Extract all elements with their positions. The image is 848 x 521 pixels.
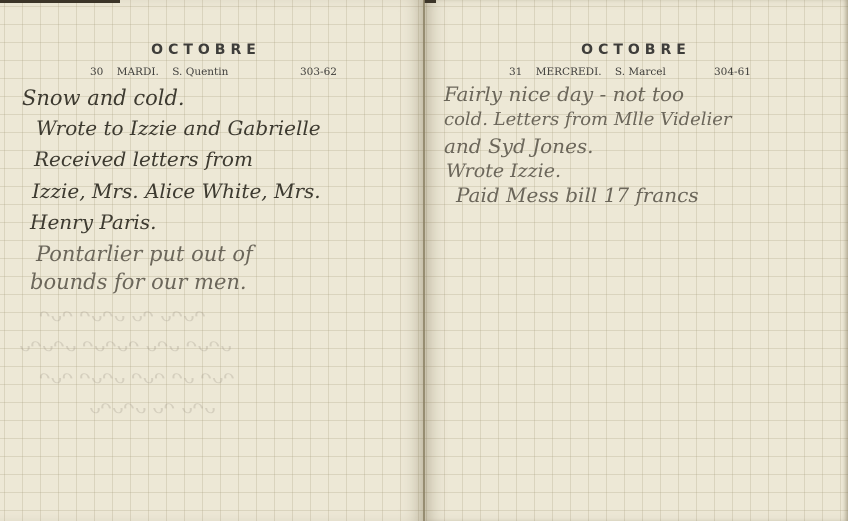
page-top-edge — [0, 0, 120, 3]
day-count: 303-62 — [300, 66, 337, 78]
month-heading: OCTOBRE — [0, 42, 418, 58]
page-top-edge — [424, 0, 436, 3]
day-count: 304-61 — [714, 66, 751, 78]
entry-line: Pontarlier put out of — [36, 240, 253, 268]
entry-line: Fairly nice day - not too — [444, 80, 684, 108]
entry-line: Snow and cold. — [22, 84, 185, 112]
day-number: 30 — [90, 66, 103, 78]
entry-line: Paid Mess bill 17 francs — [456, 181, 699, 209]
entry-line: Wrote to Izzie and Gabrielle — [36, 114, 321, 142]
right-page: OCTOBRE 31 MERCREDI. S. Marcel 304-61 Fa… — [424, 0, 848, 521]
entry-line: and Syd Jones. — [444, 132, 594, 160]
bleed-through-text: ᴖᴗᴖ ᴗᴖ ᴖᴗᴖ ᴗᴖᴗᴖ ᴖᴗᴖ — [40, 362, 236, 392]
bleed-through-text: ᴗᴖᴗᴖ ᴗᴖᴗ ᴖᴗᴖᴗᴖ ᴗᴖᴗᴖᴗ — [20, 330, 233, 360]
saint-name: S. Marcel — [615, 66, 666, 78]
date-line: 30 MARDI. S. Quentin 303-62 — [90, 66, 228, 78]
entry-line: cold. Letters from Mlle Videlier — [444, 106, 732, 134]
entry-line: bounds for our men. — [30, 268, 247, 296]
left-page: ᴖᴗᴖᴗ ᴖᴗ ᴗᴖᴗᴖ ᴖᴗᴖ ᴗᴖᴗᴖ ᴗᴖᴗ ᴖᴗᴖᴗᴖ ᴗᴖᴗᴖᴗ ᴖᴗ… — [0, 0, 424, 521]
bleed-through-text: ᴗᴖᴗ ᴖᴗ ᴗᴖᴗᴖᴗ — [90, 392, 216, 422]
month-heading: OCTOBRE — [424, 42, 848, 58]
entry-line: Received letters from — [34, 145, 253, 173]
day-number: 31 — [509, 66, 522, 78]
saint-name: S. Quentin — [172, 66, 228, 78]
diary-spread: ᴖᴗᴖᴗ ᴖᴗ ᴗᴖᴗᴖ ᴖᴗᴖ ᴗᴖᴗᴖ ᴗᴖᴗ ᴖᴗᴖᴗᴖ ᴗᴖᴗᴖᴗ ᴖᴗ… — [0, 0, 848, 521]
date-line: 31 MERCREDI. S. Marcel 304-61 — [509, 66, 666, 78]
book-spine — [423, 0, 425, 521]
entry-line: Izzie, Mrs. Alice White, Mrs. — [32, 177, 321, 205]
weekday: MERCREDI. — [536, 66, 602, 78]
entry-line: Henry Paris. — [30, 208, 156, 236]
bleed-through-text: ᴖᴗᴖᴗ ᴖᴗ ᴗᴖᴗᴖ ᴖᴗᴖ — [40, 300, 207, 330]
weekday: MARDI. — [117, 66, 159, 78]
